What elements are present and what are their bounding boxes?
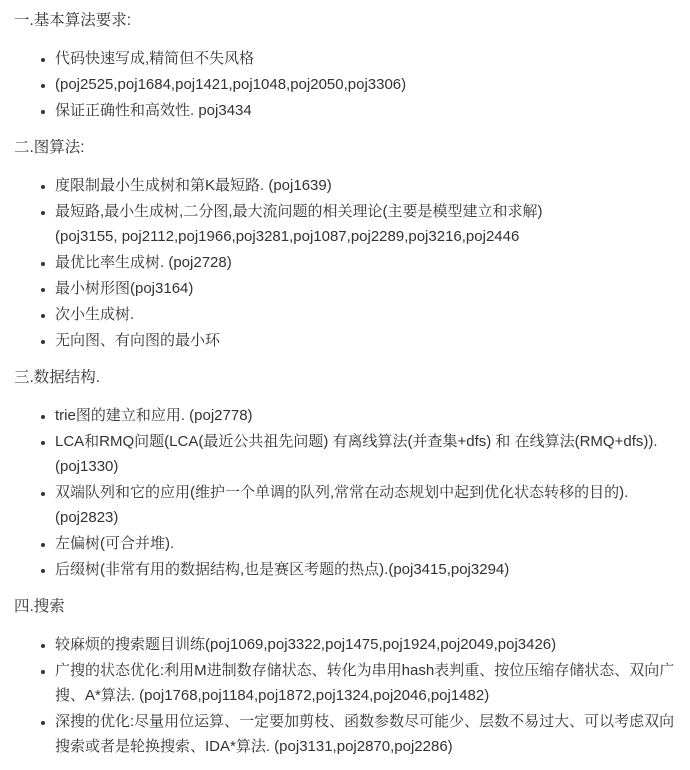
section-list: 度限制最小生成树和第K最短路. (poj1639)最短路,最小生成树,二分图,最… bbox=[14, 173, 682, 353]
section-heading: 四.搜索 bbox=[14, 596, 682, 617]
list-item: 广搜的状态优化:利用M进制数存储状态、转化为串用hash表判重、按位压缩存储状态… bbox=[55, 658, 682, 708]
section-heading: 三.数据结构. bbox=[14, 367, 682, 388]
section-list: 较麻烦的搜索题目训练(poj1069,poj3322,poj1475,poj19… bbox=[14, 632, 682, 759]
list-item: 无向图、有向图的最小环 bbox=[55, 328, 682, 353]
list-item: 后缀树(非常有用的数据结构,也是赛区考题的热点).(poj3415,poj329… bbox=[55, 557, 682, 582]
section-list: trie图的建立和应用. (poj2778)LCA和RMQ问题(LCA(最近公共… bbox=[14, 403, 682, 582]
list-item: 深搜的优化:尽量用位运算、一定要加剪枝、函数参数尽可能少、层数不易过大、可以考虑… bbox=[55, 709, 682, 759]
section-list: 代码快速写成,精简但不失风格(poj2525,poj1684,poj1421,p… bbox=[14, 46, 682, 123]
list-item: 较麻烦的搜索题目训练(poj1069,poj3322,poj1475,poj19… bbox=[55, 632, 682, 657]
section-heading: 一.基本算法要求: bbox=[14, 10, 682, 31]
list-item: 左偏树(可合并堆). bbox=[55, 531, 682, 556]
list-item: 代码快速写成,精简但不失风格 bbox=[55, 46, 682, 71]
document-body: 一.基本算法要求:代码快速写成,精简但不失风格(poj2525,poj1684,… bbox=[14, 10, 682, 759]
list-item: 次小生成树. bbox=[55, 302, 682, 327]
list-item: 最短路,最小生成树,二分图,最大流问题的相关理论(主要是模型建立和求解) (po… bbox=[55, 199, 682, 249]
list-item: 最小树形图(poj3164) bbox=[55, 276, 682, 301]
section-heading: 二.图算法: bbox=[14, 137, 682, 158]
list-item: trie图的建立和应用. (poj2778) bbox=[55, 403, 682, 428]
list-item: 双端队列和它的应用(维护一个单调的队列,常常在动态规划中起到优化状态转移的目的)… bbox=[55, 480, 682, 530]
list-item: 最优比率生成树. (poj2728) bbox=[55, 250, 682, 275]
list-item: (poj2525,poj1684,poj1421,poj1048,poj2050… bbox=[55, 72, 682, 97]
list-item: 保证正确性和高效性. poj3434 bbox=[55, 98, 682, 123]
list-item: 度限制最小生成树和第K最短路. (poj1639) bbox=[55, 173, 682, 198]
list-item: LCA和RMQ问题(LCA(最近公共祖先问题) 有离线算法(并查集+dfs) 和… bbox=[55, 429, 682, 479]
